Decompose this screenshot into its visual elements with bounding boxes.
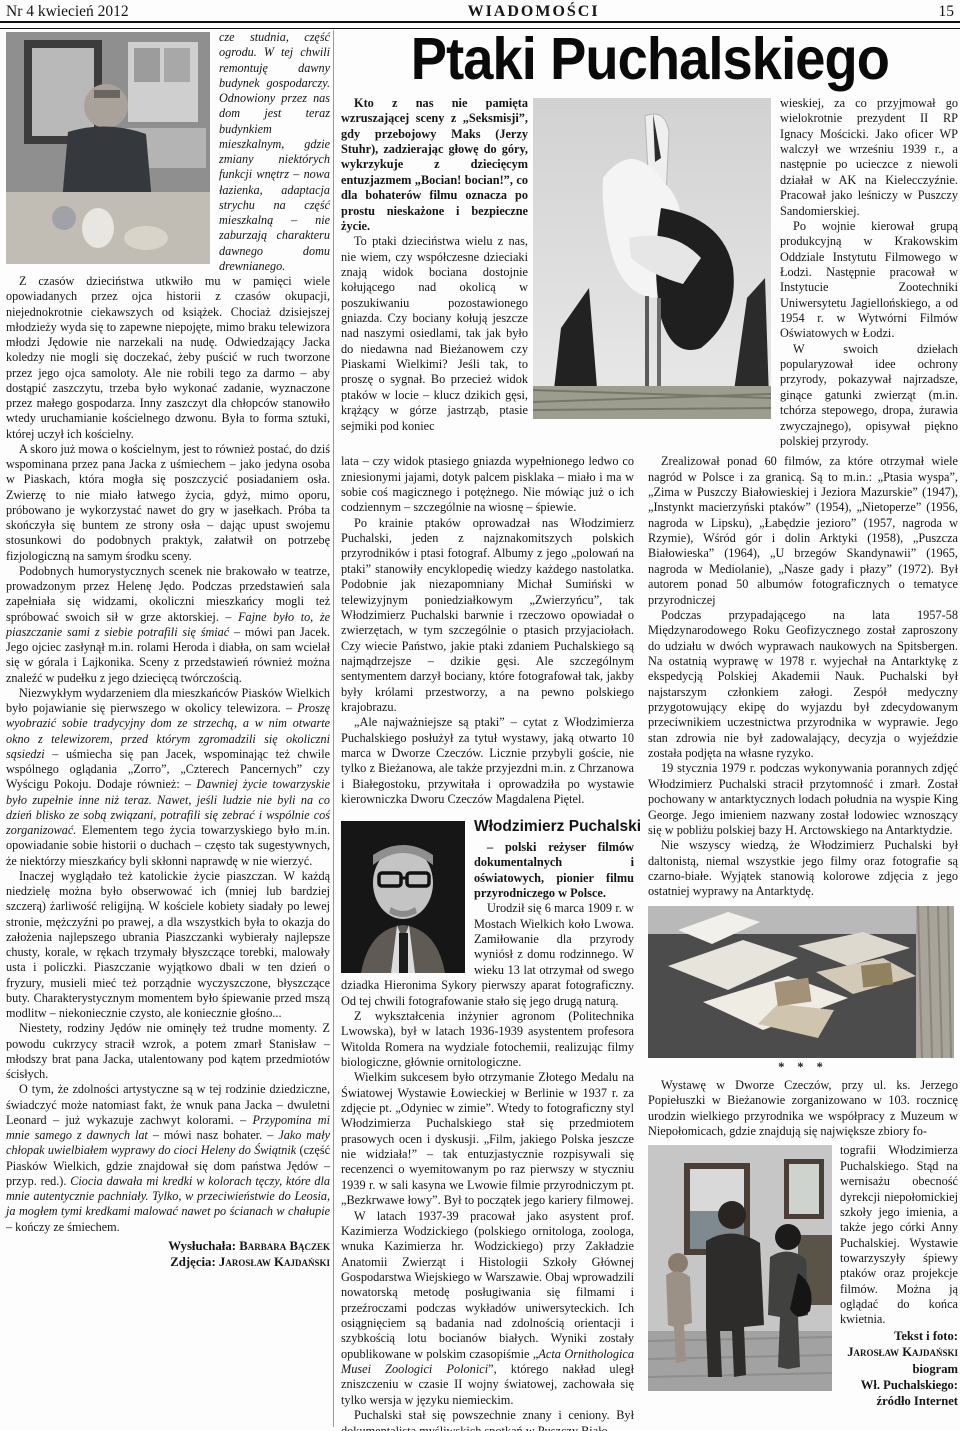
stork-nest-photo <box>533 98 771 419</box>
article-paragraph: W latach 1937-39 pracował jako asystent … <box>341 1209 634 1409</box>
column-divider <box>333 30 334 1427</box>
credit-line: źródło Internet <box>648 1393 958 1409</box>
article-paragraph: Po krainie ptaków oprowadzał nas Włodzim… <box>341 516 634 716</box>
article-paragraph: Po wojnie kierował grupą produkcyjną w K… <box>780 219 958 342</box>
article-paragraph: Z wykształcenia inżynier agronom (Polite… <box>341 1009 634 1070</box>
article-paragraph: Nie wszyscy wiedzą, że Włodzimierz Pucha… <box>648 838 958 899</box>
article-paragraph: „Ale najważniejsze są ptaki” – cytat z W… <box>341 715 634 807</box>
page-number: 15 <box>938 3 960 21</box>
article-paragraph: Zrealizował ponad 60 filmów, za które ot… <box>648 454 958 608</box>
puchalski-biography: Włodzimierz Puchalski – polski reżyser f… <box>341 817 634 1009</box>
article-paragraph: O tym, że zdolności artystyczne są w tej… <box>6 1082 330 1235</box>
article-paragraph: lata – czy widok ptasiego gniazda wypełn… <box>341 454 634 515</box>
intro-column: Kto z nas nie pamięta wzruszającej sceny… <box>341 96 528 449</box>
credit-line: Zdjęcia: Jarosław Kajdański <box>6 1254 330 1271</box>
photo-albums-on-table-photo <box>648 906 954 1058</box>
article-paragraph: Wielkim sukcesem było otrzymanie Złotego… <box>341 1070 634 1208</box>
middle-column: lata – czy widok ptasiego gniazda wypełn… <box>341 454 634 1431</box>
article-paragraph: Inaczej wyglądało też katolickie życie p… <box>6 869 330 1022</box>
article-paragraph: Niestety, rodziny Jędów nie ominęły też … <box>6 1021 330 1082</box>
puchalski-portrait-photo <box>341 821 465 973</box>
masthead: WIADOMOŚCI <box>468 3 600 21</box>
page-header: Nr 4 kwiecień 2012 WIADOMOŚCI 15 <box>0 0 960 21</box>
article-paragraph: Puchalski stał się powszechnie znany i c… <box>341 1408 634 1431</box>
article-headline: Ptaki Puchalskiego <box>341 30 958 89</box>
article-paragraph: Niezwykłym wydarzeniem dla mieszkańców P… <box>6 686 330 869</box>
article-paragraph: Z czasów dzieciństwa utkwiło mu w pamięc… <box>6 274 330 442</box>
section-separator-stars: * * * <box>648 1060 958 1075</box>
article-paragraph: Podobnych humorystycznych scenek nie bra… <box>6 564 330 686</box>
article-paragraph: Wystawę w Dworze Czeczów, przy ul. ks. J… <box>648 1078 958 1139</box>
article-paragraph: Podczas przypadającego na lata 1957-58 M… <box>648 608 958 762</box>
lower-band: lata – czy widok ptasiego gniazda wypełn… <box>341 454 958 1431</box>
exhibition-visitors-photo <box>648 1145 832 1391</box>
article-paragraph: To ptaki dzieciństwa wielu z nas, nie wi… <box>341 234 528 434</box>
article-paragraph: A skoro już mowa o kościelnym, jest to r… <box>6 442 330 564</box>
left-article-column: cze studnia, część ogrodu. W tej chwili … <box>6 30 330 1271</box>
jacek-jedo-interview-photo <box>6 32 210 264</box>
main-article-section: Ptaki Puchalskiego Kto z nas nie pamięta… <box>341 30 958 1431</box>
credit-line: Wysłuchała: Barbara Bączek <box>6 1238 330 1255</box>
newspaper-page: Nr 4 kwiecień 2012 WIADOMOŚCI 15 cze stu… <box>0 0 960 1431</box>
article-paragraph: W swoich dziełach popularyzował idee och… <box>780 342 958 450</box>
upper-band: Kto z nas nie pamięta wzruszającej sceny… <box>341 96 958 449</box>
right-narrow-column: wieskiej, za co przyjmował go wielokrotn… <box>774 96 958 449</box>
right-wide-column: Zrealizował ponad 60 filmów, za które ot… <box>648 454 958 1431</box>
article-paragraph: 19 stycznia 1979 r. podczas wykonywania … <box>648 761 958 838</box>
article-paragraph: wieskiej, za co przyjmował go wielokrotn… <box>780 96 958 219</box>
bold-intro-paragraph: Kto z nas nie pamięta wzruszającej sceny… <box>341 96 528 234</box>
exhibition-block: tografii Włodzimierza Puchalskiego. Stąd… <box>648 1143 958 1409</box>
issue-label: Nr 4 kwiecień 2012 <box>0 3 129 21</box>
left-article-credits: Wysłuchała: Barbara Bączek Zdjęcia: Jaro… <box>6 1238 330 1271</box>
